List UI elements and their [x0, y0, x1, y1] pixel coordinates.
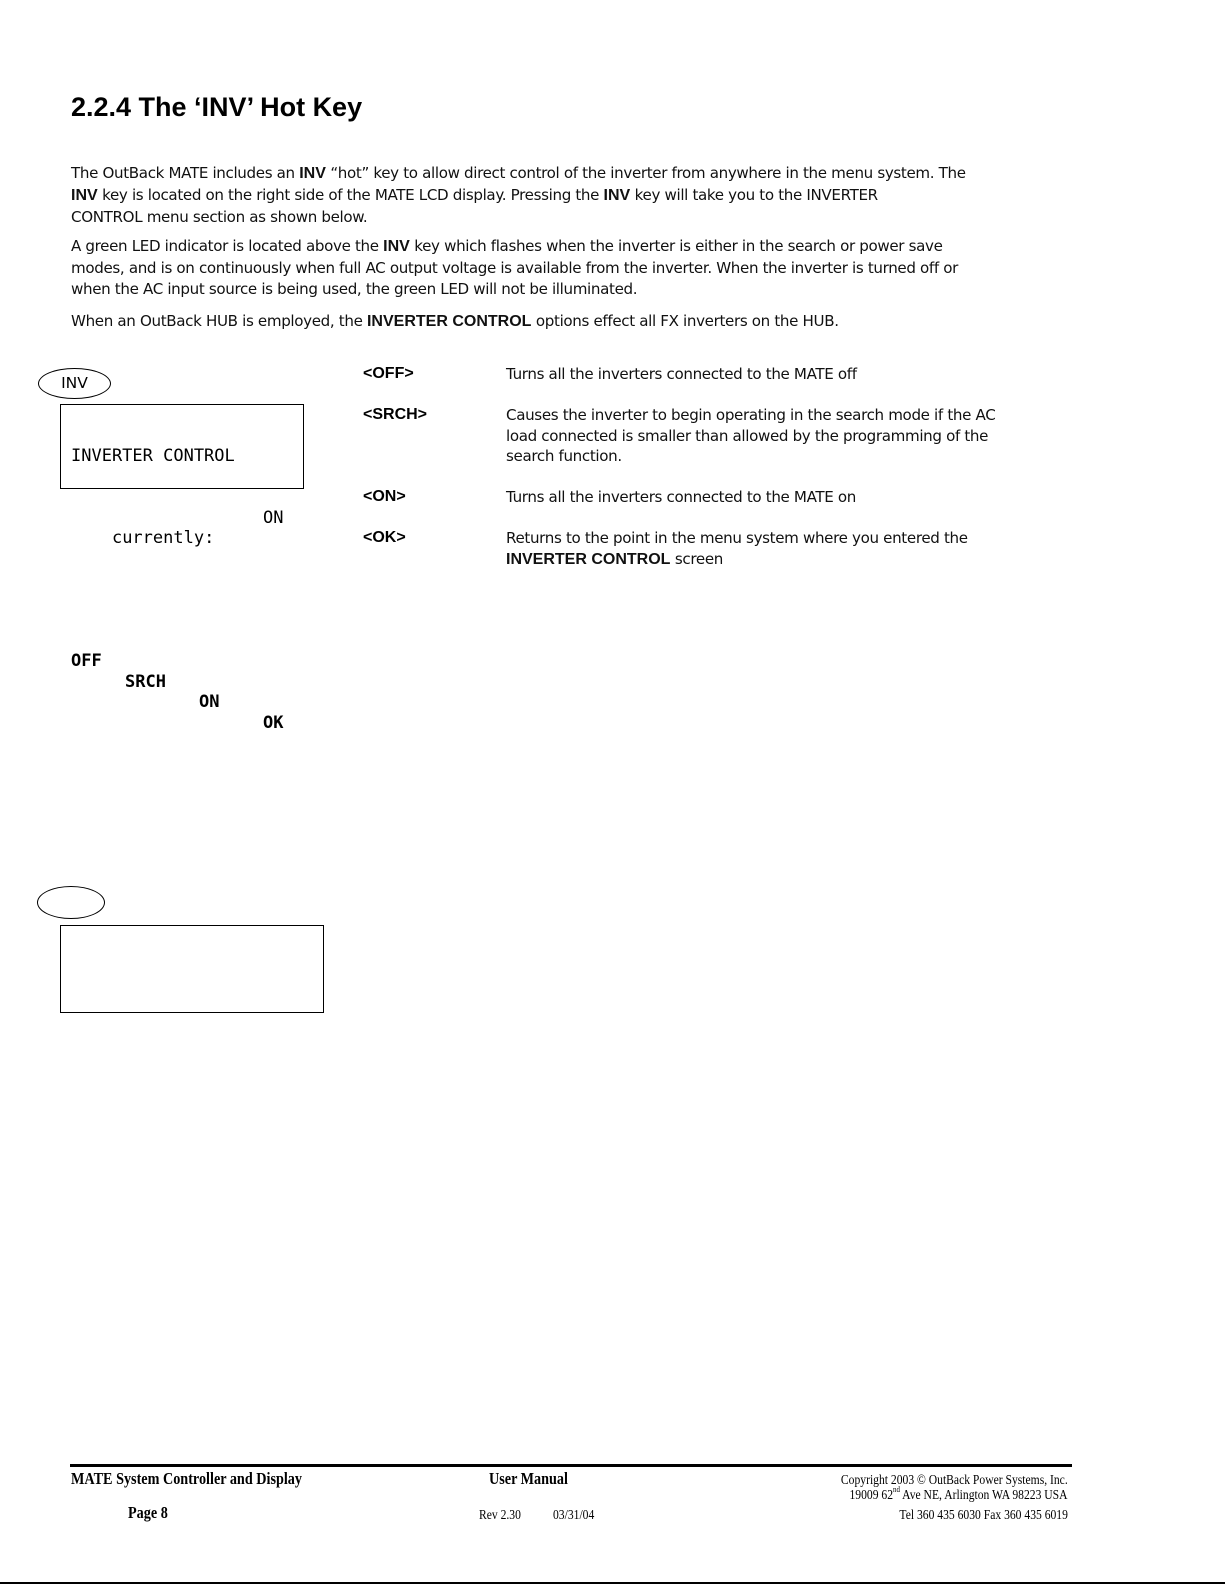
footer-doc-type: User Manual — [489, 1469, 568, 1489]
lcd-display-inverter-control: INVERTER CONTROL currently: ON OFF SRCH … — [60, 404, 304, 489]
footer-page-number: Page 8 — [128, 1503, 168, 1523]
intro-line-3: CONTROL menu section as shown below. — [71, 207, 1081, 228]
softkey-srch[interactable]: SRCH — [125, 672, 166, 693]
inv-key-button[interactable]: INV — [38, 368, 111, 399]
hub-paragraph: When an OutBack HUB is employed, the INV… — [71, 311, 1081, 333]
lcd-line-status: currently: ON — [71, 508, 303, 529]
option-off-desc: Turns all the inverters connected to the… — [506, 364, 1066, 385]
intro-line-2: INV key is located on the right side of … — [71, 185, 1081, 207]
lcd-softkeys: OFF SRCH ON OK — [71, 631, 303, 652]
footer-doc-title: MATE System Controller and Display — [71, 1469, 302, 1489]
lcd-line-blank — [71, 569, 303, 590]
option-on-desc: Turns all the inverters connected to the… — [506, 487, 1066, 508]
intro-paragraph: The OutBack MATE includes an INV “hot” k… — [71, 163, 1081, 227]
option-ok-key: <OK> — [363, 528, 406, 549]
led-line-1: A green LED indicator is located above t… — [71, 236, 1081, 258]
softkey-ok[interactable]: OK — [263, 713, 283, 734]
softkey-on[interactable]: ON — [199, 692, 219, 713]
footer-date: 03/31/04 — [553, 1507, 594, 1523]
page-bottom-rule — [0, 1582, 1225, 1584]
blank-key-button[interactable] — [37, 886, 105, 919]
led-line-2: modes, and is on continuously when full … — [71, 258, 1081, 279]
lcd-status-label: currently: — [112, 528, 214, 548]
footer-rule — [70, 1464, 1072, 1467]
softkey-off[interactable]: OFF — [71, 651, 102, 672]
option-srch-desc: Causes the inverter to begin operating i… — [506, 405, 1066, 467]
intro-line-1: The OutBack MATE includes an INV “hot” k… — [71, 163, 1081, 185]
led-paragraph: A green LED indicator is located above t… — [71, 236, 1081, 299]
led-line-3: when the AC input source is being used, … — [71, 279, 1081, 300]
option-srch-key: <SRCH> — [363, 405, 427, 426]
option-off-key: <OFF> — [363, 364, 414, 385]
lcd-line-title: INVERTER CONTROL — [71, 446, 303, 467]
footer-address: 19009 62nd Ave NE, Arlington WA 98223 US… — [850, 1487, 1068, 1503]
option-on-key: <ON> — [363, 487, 406, 508]
lcd-status-value: ON — [263, 508, 283, 529]
footer-revision: Rev 2.30 — [479, 1507, 521, 1523]
option-ok-desc: Returns to the point in the menu system … — [506, 528, 1066, 570]
lcd-display-blank — [60, 925, 324, 1013]
footer-copyright: Copyright 2003 © OutBack Power Systems, … — [841, 1472, 1068, 1488]
inv-key-label: INV — [61, 374, 88, 392]
section-heading: 2.2.4 The ‘INV’ Hot Key — [71, 89, 362, 125]
footer-phone: Tel 360 435 6030 Fax 360 435 6019 — [900, 1507, 1068, 1523]
